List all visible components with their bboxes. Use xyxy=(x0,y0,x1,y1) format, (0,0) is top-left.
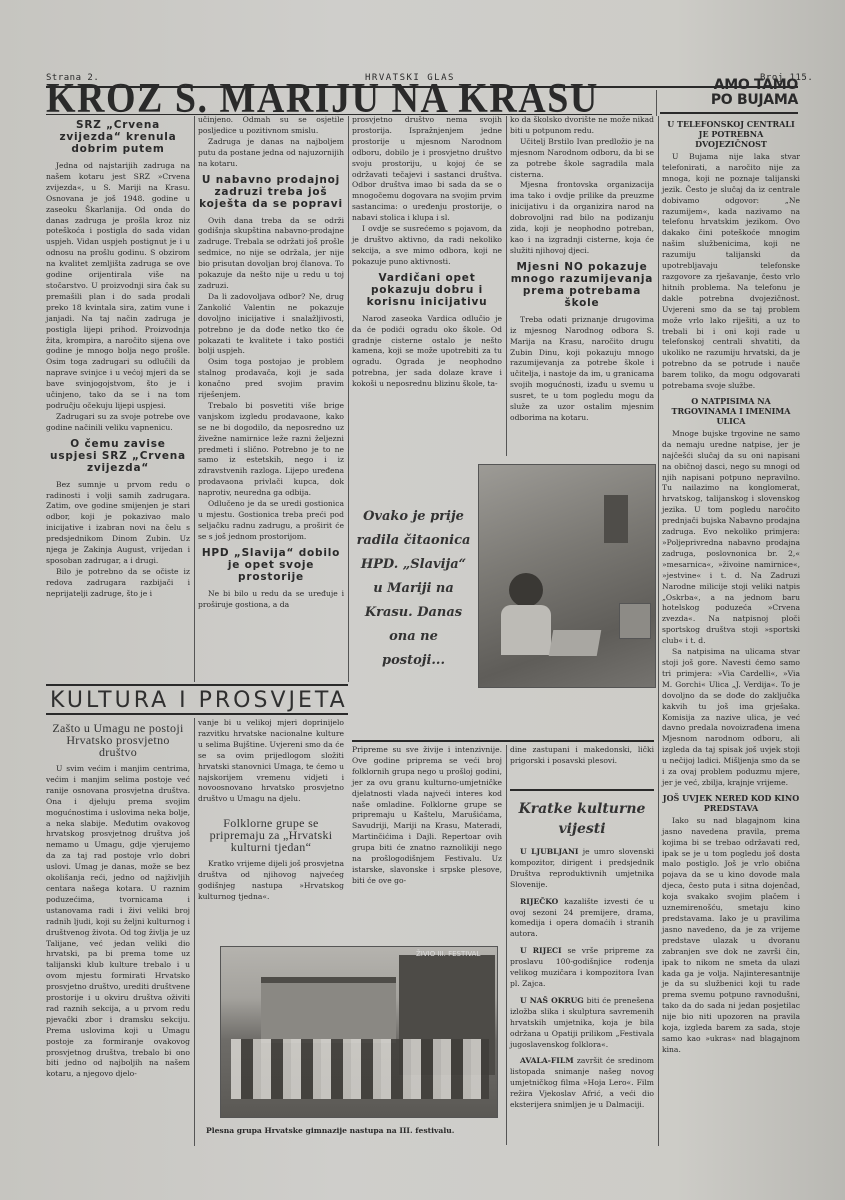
article-paragraph: vanje bi u velikoj mjeri doprinijelo raz… xyxy=(198,718,344,805)
column-divider xyxy=(658,116,659,1146)
woman-reading-photo xyxy=(478,464,656,688)
kultura-rule xyxy=(352,740,654,742)
article-paragraph: Pripreme su sve živije i intenzivnije. O… xyxy=(352,745,502,887)
column-kultura-news: Kratke kulturne vijesti U LJUBLJANI je u… xyxy=(510,795,654,1111)
article-paragraph: Zadrugari su za svoje potrebe ove godine… xyxy=(46,412,190,434)
article-paragraph: učinjeno. Odmah su se osjetile posljedic… xyxy=(198,115,344,137)
column-1: SRZ „Crvena zvijezda“ krenula dobrim put… xyxy=(46,115,190,600)
section-title: KULTURA I PROSVJETA xyxy=(50,688,348,713)
article-paragraph: Jedna od najstarijih zadruga na našem ko… xyxy=(46,161,190,412)
article-paragraph: Narod zaseoka Vardica odlučio je da će p… xyxy=(352,314,502,390)
news-item: U NAŠ OKRUG biti će prenešena izložba sl… xyxy=(510,996,654,1051)
article-paragraph: dine zastupani i makedonski, lički prigo… xyxy=(510,745,654,767)
article-title: Mjesni NO pokazuje mnogo razumijevanja p… xyxy=(510,261,654,309)
column-kultura-1: Zašto u Umagu ne postoji Hrvatsko prosvj… xyxy=(46,718,190,1080)
news-item: AVALA-FILM završit će sredinom listopada… xyxy=(510,1056,654,1111)
open-book xyxy=(549,630,602,656)
article-paragraph: Treba odati priznanje drugovima iz mjesn… xyxy=(510,315,654,424)
article-paragraph: Bilo je potrebno da se očiste iz redova … xyxy=(46,567,190,600)
banner-line-1: AMO TAMO xyxy=(660,78,798,93)
column-2: učinjeno. Odmah su se osjetile posljedic… xyxy=(198,115,344,611)
article-paragraph: Mnoge bujske trgovine ne samo da nemaju … xyxy=(662,429,800,647)
article-paragraph: Sa natpisima na ulicama stvar stoji još … xyxy=(662,647,800,789)
article-title: O čemu zavise uspjesi SRZ „Crvena zvijez… xyxy=(46,438,190,474)
article-paragraph: Kratko vrijeme dijeli još prosvjetna dru… xyxy=(198,859,344,903)
banner-sign-text: ŽIVIO III. FESTIVAL xyxy=(416,950,480,958)
article-paragraph: Odlučeno je da se uredi gostionica u mje… xyxy=(198,499,344,543)
column-5: U TELEFONSKOJ CENTRALI JE POTREBNA DVOJE… xyxy=(662,115,800,1056)
banner-line-2: PO BUJAMA xyxy=(660,93,798,108)
article-paragraph: U Bujama nije laka stvar telefonirati, a… xyxy=(662,152,800,392)
article-title: Zašto u Umagu ne postoji Hrvatsko prosvj… xyxy=(46,722,190,758)
section-rule-bottom xyxy=(46,713,348,715)
article-paragraph: ko da školsko dvorište ne može nikad bit… xyxy=(510,115,654,137)
article-paragraph: Trebalo bi posvetiti više brige vanjskom… xyxy=(198,401,344,499)
photo-caption: Plesna grupa Hrvatske gimnazije nastupa … xyxy=(206,1126,498,1135)
headline-divider xyxy=(656,90,657,116)
dancers xyxy=(231,1039,489,1099)
photo-script-caption: Ovako je prije radila čitaonica HPD. „Sl… xyxy=(356,505,471,673)
article-paragraph: I ovdje se susrećemo s pojavom, da je dr… xyxy=(352,224,502,268)
article-paragraph: Mjesna frontovska organizacija ima tako … xyxy=(510,180,654,256)
column-kultura-4: dine zastupani i makedonski, lički prigo… xyxy=(510,745,654,767)
news-item: U LJUBLJANI je umro slovenski kompozitor… xyxy=(510,847,654,891)
column-divider xyxy=(506,116,507,456)
article-title: HPD „Slavija“ dobilo je opet svoje prost… xyxy=(198,547,344,583)
folk-dance-group-photo: ŽIVIO III. FESTIVAL xyxy=(220,946,498,1118)
news-item: U RIJECI se vrše pripreme za proslavu 10… xyxy=(510,946,654,990)
column-4: ko da školsko dvorište ne može nikad bit… xyxy=(510,115,654,424)
article-paragraph: prosvjetno društvo nema svojih prostorij… xyxy=(352,115,502,224)
article-paragraph: Bez sumnje u prvom redu o radinosti i vo… xyxy=(46,480,190,567)
building xyxy=(261,977,396,1043)
section-rule-top xyxy=(46,684,348,686)
article-title: Kratke kulturne vijesti xyxy=(510,799,654,839)
article-title: Folklorne grupe se pripremaju za „Hrvats… xyxy=(198,817,344,853)
column-3: prosvjetno društvo nema svojih prostorij… xyxy=(352,115,502,390)
column-kultura-2: vanje bi u velikoj mjeri doprinijelo raz… xyxy=(198,718,344,903)
article-paragraph: Ovih dana treba da se održi godišnja sku… xyxy=(198,216,344,292)
woman-blouse xyxy=(501,605,551,655)
sidebar-banner: AMO TAMO PO BUJAMA xyxy=(660,78,798,108)
news-item: RIJEČKO kazalište izvesti će u ovoj sezo… xyxy=(510,897,654,941)
banner-rule xyxy=(660,112,798,114)
column-divider xyxy=(348,116,349,682)
newspaper-page: Strana 2. HRVATSKI GLAS Broj 115. KROZ S… xyxy=(0,0,845,1200)
column-divider xyxy=(194,116,195,682)
column-divider xyxy=(506,745,507,1145)
article-title: Vardičani opet pokazuju dobru i korisnu … xyxy=(352,272,502,308)
article-title: U TELEFONSKOJ CENTRALI JE POTREBNA DVOJE… xyxy=(662,119,800,149)
article-paragraph: Učitelj Brstilo Ivan predložio je na mje… xyxy=(510,137,654,181)
article-paragraph: Ne bi bilo u redu da se uređuje i prošir… xyxy=(198,589,344,611)
article-title: O NATPISIMA NA TRGOVINAMA I IMENIMA ULIC… xyxy=(662,396,800,426)
article-title: U nabavno prodajnoj zadruzi treba još ko… xyxy=(198,174,344,210)
article-paragraph: Osim toga postojao je problem stalnog pr… xyxy=(198,357,344,401)
column-divider xyxy=(194,718,195,1146)
article-title: JOŠ UVJEK NERED KOD KINO PREDSTAVA xyxy=(662,793,800,813)
column-kultura-3: Pripreme su sve živije i intenzivnije. O… xyxy=(352,745,502,887)
radio-set xyxy=(619,603,651,639)
article-paragraph: U svim većim i manjim centrima, većim i … xyxy=(46,764,190,1080)
article-paragraph: Zadruga je danas na najboljem putu da po… xyxy=(198,137,344,170)
article-title: SRZ „Crvena zvijezda“ krenula dobrim put… xyxy=(46,119,190,155)
article-paragraph: Iako su nad blagajnom kina jasno naveden… xyxy=(662,816,800,1056)
news-rule xyxy=(510,789,654,791)
wall-picture xyxy=(604,495,628,543)
article-paragraph: Da li zadovoljava odbor? Ne, drug Zankol… xyxy=(198,292,344,357)
woman-head xyxy=(509,573,543,607)
